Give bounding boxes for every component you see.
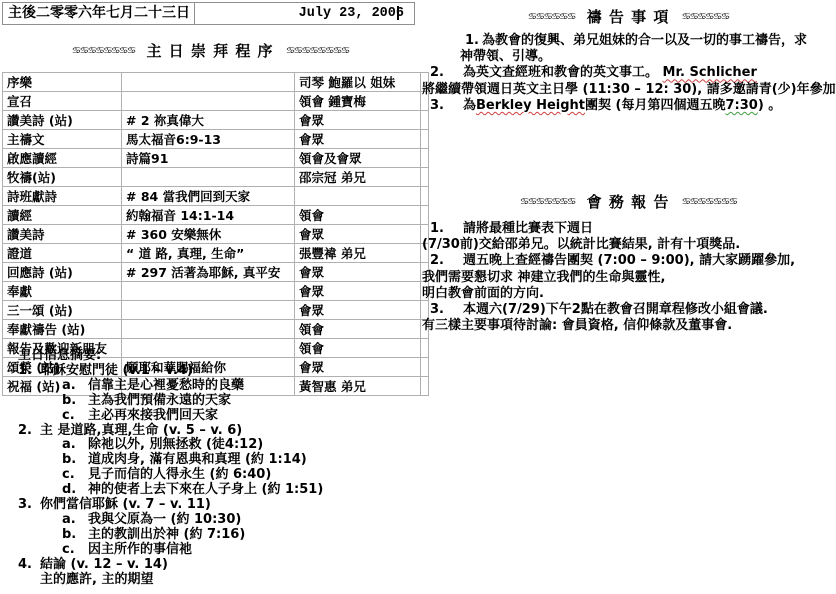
report-line-text: 週五晚上查經禱告團契 (7:00 – 9:00), 請大家踴躍參加,	[463, 253, 795, 269]
cell-item: 奉獻禱告 (站)	[3, 320, 122, 339]
cell-item: 讚美詩	[3, 225, 122, 244]
summary-line-text: 主日信息摘要:	[18, 349, 101, 364]
table-row: 序樂 司琴 鮑羅以 姐妹	[3, 73, 429, 92]
report-line-number: 2.	[430, 253, 463, 269]
cell-who: 會眾	[295, 263, 421, 282]
prayer-line-number: 2.	[430, 65, 463, 81]
prayer-header: ♋♋♋♋♋♋ 禱 告 事 項 ♋♋♋♋♋♋	[420, 6, 836, 27]
summary-line: 主日信息摘要:	[18, 349, 323, 364]
report-line: (7/30前)交給邵弟兄。以統計比賽結果, 計有十項獎品.	[420, 237, 836, 253]
prayer-line-text: 為英文查經班和教會的英文事工。	[463, 65, 663, 81]
cell-who: 司琴 鮑羅以 姐妹	[295, 73, 421, 92]
prayer-line-text: 神帶領、引導。	[460, 49, 551, 65]
table-row: 三一頌 (站) 會眾	[3, 301, 429, 320]
cell-who	[295, 187, 421, 206]
cell-content: # 360 安樂無休	[122, 225, 295, 244]
report-header: ♋♋♋♋♋♋♋ 會 務 報 告 ♋♋♋♋♋♋♋	[420, 191, 836, 212]
cell-who: 領會及會眾	[295, 149, 421, 168]
cell-item: 讚美詩 (站)	[3, 111, 122, 130]
table-row: 讚美詩 # 360 安樂無休 會眾	[3, 225, 429, 244]
cell-item: 讀經	[3, 206, 122, 225]
prayer-line: 1.為教會的復興、弟兄姐妹的合一以及一切的事工禱告，求	[420, 33, 836, 49]
summary-line: a. 我與父原為一 (約 10:30)	[62, 513, 323, 528]
cell-item: 宣召	[3, 92, 122, 111]
summary-line-text: 你們當信耶穌 (v. 7 – v. 11)	[40, 498, 211, 513]
summary-line: 主的應許, 主的期望	[40, 573, 323, 588]
summary-line: 4. 結論 (v. 12 – v. 14)	[18, 558, 323, 573]
cell-who: 會眾	[295, 225, 421, 244]
prayer-line-text: 為教會的復興、弟兄姐妹的合一以及一切的事工禱告，求	[482, 33, 807, 49]
summary-line-label: 1.	[18, 364, 40, 379]
summary-line-text: 因主所作的事信祂	[88, 543, 192, 558]
summary-line: 1. 耶穌安慰門徒 (v.1 – v.4)	[18, 364, 323, 379]
summary-line-label: 2.	[18, 424, 40, 439]
cell-content: # 84 當我們回到天家	[122, 187, 295, 206]
summary-line-label: c.	[62, 468, 88, 483]
summary-line-label: b.	[62, 394, 88, 409]
cell-who: 會眾	[295, 130, 421, 149]
cell-content	[122, 73, 295, 92]
report-list: 1.請將最種比賽表下週日 (7/30前)交給邵弟兄。以統計比賽結果, 計有十項獎…	[420, 221, 836, 334]
summary-line: b. 主為我們預備永遠的天家	[62, 394, 323, 409]
report-line: 有三樣主要事項待討論: 會員資格, 信仰條款及董事會.	[420, 318, 836, 334]
report-line-text: 明白教會前面的方向.	[422, 286, 544, 302]
summary-line-text: 耶穌安慰門徒 (v.1 – v.4)	[40, 364, 193, 379]
summary-line-text: 主必再來接我們回天家	[88, 409, 218, 424]
cell-who: 會眾	[295, 111, 421, 130]
cell-item: 奉獻	[3, 282, 122, 301]
summary-line-label: b.	[62, 528, 88, 543]
table-row: 讀經 約翰福音 14:1-14 領會	[3, 206, 429, 225]
prayer-line-text: 為	[463, 98, 476, 114]
cell-content: 詩篇91	[122, 149, 295, 168]
summary-line-label: 3.	[18, 498, 40, 513]
ornament-right-icon: ♋♋♋♋♋♋	[681, 12, 728, 22]
report-line-text: 有三樣主要事項待討論: 會員資格, 信仰條款及董事會.	[422, 318, 732, 334]
cell-item: 啟應讀經	[3, 149, 122, 168]
summary-line-label: c.	[62, 543, 88, 558]
prayer-line: 3.為Berkley Height團契 (每月第四個週五晚7:30) 。	[420, 98, 836, 114]
cell-content: # 297 活著為耶穌, 真平安	[122, 263, 295, 282]
summary-line-text: 主的應許, 主的期望	[40, 573, 153, 588]
cell-item: 證道	[3, 244, 122, 263]
date-box: 主後二零零六年七月二十三日 July 23, 2006	[2, 2, 415, 25]
prayer-line-number: 1.	[465, 33, 482, 49]
message-summary: 主日信息摘要: 1. 耶穌安慰門徒 (v.1 – v.4) a. 信靠主是心裡憂…	[16, 349, 323, 588]
summary-line: c. 因主所作的事信祂	[62, 543, 323, 558]
prayer-line: 將繼續帶領週日英文主日學 (11:30 – 12: 30), 請多邀請青(少)年…	[420, 82, 836, 98]
cell-content	[122, 168, 295, 187]
summary-line: 3. 你們當信耶穌 (v. 7 – v. 11)	[18, 498, 323, 513]
summary-line-text: 神的使者上去下來在人子身上 (約 1:51)	[88, 483, 323, 498]
spellcheck-word: Berkley Height	[476, 98, 585, 114]
summary-line-text: 道成肉身, 滿有恩典和真理 (約 1:14)	[88, 453, 307, 468]
report-line: 我們需要懇切求 神建立我們的生命與靈性,	[420, 270, 836, 286]
summary-line-label: 4.	[18, 558, 40, 573]
cell-who: 張豐褘 弟兄	[295, 244, 421, 263]
ornament-left-icon: ♋♋♋♋♋♋♋♋	[72, 46, 135, 56]
summary-line: d. 神的使者上去下來在人子身上 (約 1:51)	[62, 483, 323, 498]
cell-item: 三一頌 (站)	[3, 301, 122, 320]
report-line-number: 3.	[430, 302, 463, 318]
prayer-line-number: 3.	[430, 98, 463, 114]
report-line-text: 本週六(7/29)下午2點在教會召開章程修改小組會議.	[463, 302, 768, 318]
summary-line-text: 我與父原為一 (約 10:30)	[88, 513, 241, 528]
summary-line-text: 見子而信的人得永生 (約 6:40)	[88, 468, 271, 483]
cell-spacer	[421, 377, 429, 396]
cell-who: 領會 鍾寶梅	[295, 92, 421, 111]
cell-spacer	[421, 130, 429, 149]
cell-content: 約翰福音 14:1-14	[122, 206, 295, 225]
cell-spacer	[421, 358, 429, 377]
cell-who: 會眾	[295, 301, 421, 320]
table-row: 牧禱(站) 邵宗冠 弟兄	[3, 168, 429, 187]
table-row: 奉獻禱告 (站) 領會	[3, 320, 429, 339]
prayer-title: 禱 告 事 項	[587, 6, 670, 27]
ornament-right-icon: ♋♋♋♋♋♋♋♋	[286, 46, 349, 56]
report-line: 明白教會前面的方向.	[420, 286, 836, 302]
grammarcheck-word: 7:30	[725, 98, 757, 114]
report-title: 會 務 報 告	[587, 191, 670, 212]
table-row: 證道 “ 道 路, 真理, 生命” 張豐褘 弟兄	[3, 244, 429, 263]
summary-line: a. 信靠主是心裡憂愁時的良藥	[62, 379, 323, 394]
summary-line-label: d.	[62, 483, 88, 498]
report-line-number: 1.	[430, 221, 463, 237]
summary-line-label: a.	[62, 438, 88, 453]
cell-who: 領會	[295, 320, 421, 339]
summary-line-label: c.	[62, 409, 88, 424]
report-line-text: 我們需要懇切求 神建立我們的生命與靈性,	[422, 270, 665, 286]
summary-line-label: a.	[62, 379, 88, 394]
cell-spacer	[421, 168, 429, 187]
cell-content	[122, 92, 295, 111]
report-line: 3.本週六(7/29)下午2點在教會召開章程修改小組會議.	[420, 302, 836, 318]
summary-line-text: 信靠主是心裡憂愁時的良藥	[88, 379, 244, 394]
summary-line-label: b.	[62, 453, 88, 468]
prayer-line-text: 團契 (每月第四個週五晚	[585, 98, 725, 114]
table-row: 啟應讀經 詩篇91 領會及會眾	[3, 149, 429, 168]
table-row: 宣召 領會 鍾寶梅	[3, 92, 429, 111]
summary-line-text: 主的教訓出於神 (約 7:16)	[88, 528, 245, 543]
report-line-text: 請將最種比賽表下週日	[463, 221, 593, 237]
prayer-line-text: 將繼續帶領週日英文主日學 (11:30 – 12: 30), 請多邀請青(少)年…	[422, 82, 836, 98]
table-row: 讚美詩 (站) # 2 祢真偉大 會眾	[3, 111, 429, 130]
summary-line-text: 結論 (v. 12 – v. 14)	[40, 558, 168, 573]
table-row: 主禱文 馬太福音6:9-13 會眾	[3, 130, 429, 149]
ornament-left-icon: ♋♋♋♋♋♋♋	[520, 197, 575, 207]
table-row: 奉獻 會眾	[3, 282, 429, 301]
spellcheck-word: Mr. Schlicher	[663, 65, 757, 81]
cell-who: 邵宗冠 弟兄	[295, 168, 421, 187]
cell-item: 序樂	[3, 73, 122, 92]
cell-spacer	[421, 149, 429, 168]
report-line: 2.週五晚上查經禱告團契 (7:00 – 9:00), 請大家踴躍參加,	[420, 253, 836, 269]
table-row: 回應詩 (站) # 297 活著為耶穌, 真平安 會眾	[3, 263, 429, 282]
english-date: July 23, 2006	[195, 3, 414, 24]
table-row: 詩班獻詩 # 84 當我們回到天家	[3, 187, 429, 206]
ornament-right-icon: ♋♋♋♋♋♋♋	[681, 197, 736, 207]
summary-line: c. 見子而信的人得永生 (約 6:40)	[62, 468, 323, 483]
summary-line: b. 道成肉身, 滿有恩典和真理 (約 1:14)	[62, 453, 323, 468]
cell-who: 領會	[295, 206, 421, 225]
cell-item: 牧禱(站)	[3, 168, 122, 187]
cell-content	[122, 320, 295, 339]
summary-line: c. 主必再來接我們回天家	[62, 409, 323, 424]
cell-item: 詩班獻詩	[3, 187, 122, 206]
summary-line-text: 主為我們預備永遠的天家	[88, 394, 231, 409]
prayer-line: 2.為英文查經班和教會的英文事工。 Mr. Schlicher	[420, 65, 836, 81]
worship-title: 主 日 崇 拜 程 序	[146, 40, 273, 61]
ornament-left-icon: ♋♋♋♋♋♋	[527, 12, 574, 22]
cell-content	[122, 282, 295, 301]
report-line-text: (7/30前)交給邵弟兄。以統計比賽結果, 計有十項獎品.	[422, 237, 740, 253]
prayer-line-text: ) 。	[758, 98, 781, 114]
cell-spacer	[421, 339, 429, 358]
cell-content: 馬太福音6:9-13	[122, 130, 295, 149]
cell-content: # 2 祢真偉大	[122, 111, 295, 130]
chinese-date: 主後二零零六年七月二十三日	[3, 3, 195, 24]
worship-header: ♋♋♋♋♋♋♋♋ 主 日 崇 拜 程 序 ♋♋♋♋♋♋♋♋	[0, 40, 420, 61]
text-cursor	[397, 6, 399, 20]
cell-who: 會眾	[295, 282, 421, 301]
summary-line: b. 主的教訓出於神 (約 7:16)	[62, 528, 323, 543]
cell-item: 主禱文	[3, 130, 122, 149]
summary-line-label: a.	[62, 513, 88, 528]
prayer-list: 1.為教會的復興、弟兄姐妹的合一以及一切的事工禱告，求 神帶領、引導。 2.為英…	[420, 33, 836, 114]
cell-content: “ 道 路, 真理, 生命”	[122, 244, 295, 263]
prayer-line: 神帶領、引導。	[420, 49, 836, 65]
report-line: 1.請將最種比賽表下週日	[420, 221, 836, 237]
cell-item: 回應詩 (站)	[3, 263, 122, 282]
cell-content	[122, 301, 295, 320]
